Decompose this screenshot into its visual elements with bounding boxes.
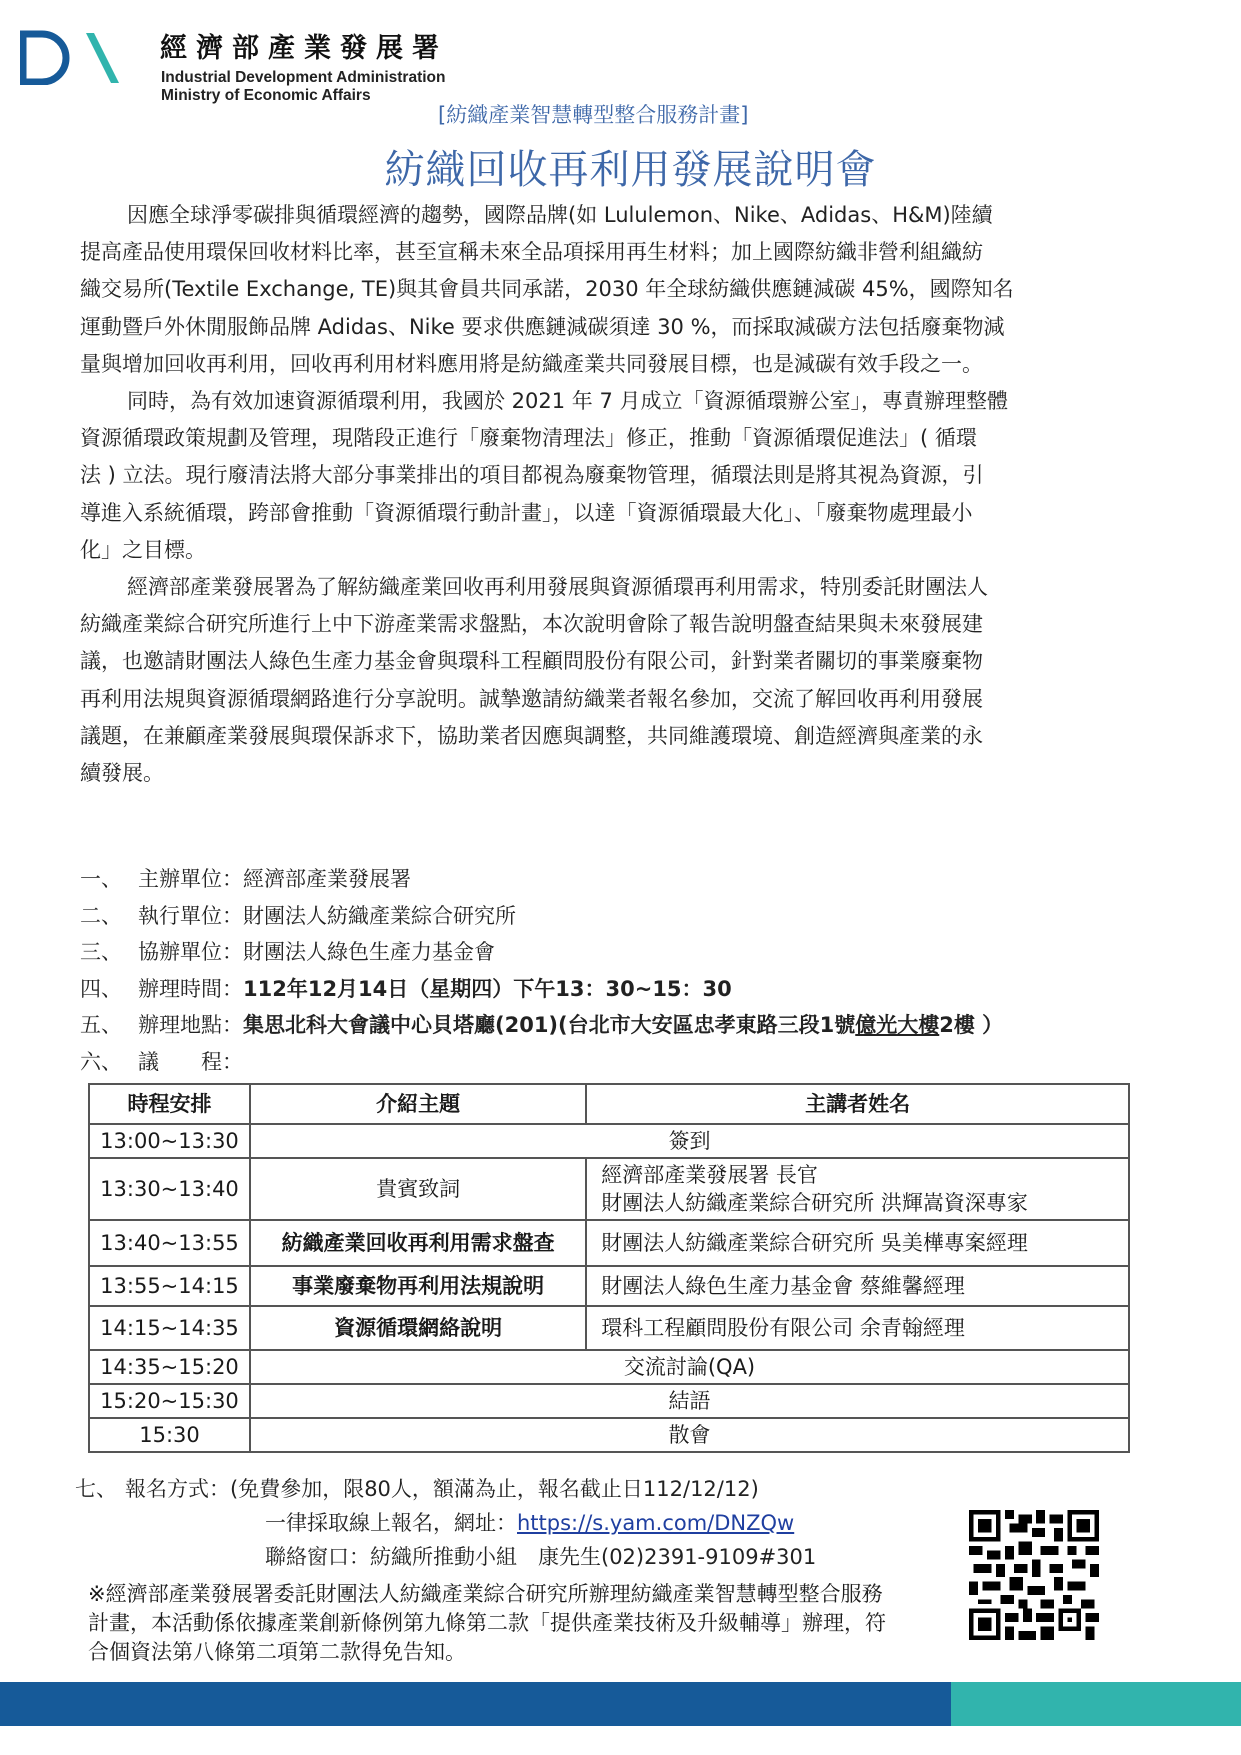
registration-heading: 七、報名方式：(免費參加，限80人，額滿為止，報名截止日112/12/12) [75,1472,816,1506]
paragraph-line: 同時，為有效加速資源循環利用，我國於 2021 年 7 月成立「資源循環辦公室」… [80,383,1150,420]
contact-label: 聯絡窗口： [265,1545,370,1569]
table-row: 13:40~13:55 紡織產業回收再利用需求盤查 財團法人紡織產業綜合研究所 … [89,1220,1129,1266]
header-topic: 介紹主題 [250,1084,586,1124]
org-name-en-line2: Ministry of Economic Affairs [161,87,371,105]
speaker: 財團法人綠色生產力基金會 蔡維馨經理 [601,1272,1124,1300]
item-value: 112年12月14日（星期四）下午13：30~15：30 [243,977,732,1001]
item-number: 一、 [80,861,138,898]
item-venue: 五、辦理地點：集思北科大會議中心貝塔廳(201)(台北市大安區忠孝東路三段1號億… [80,1007,1003,1044]
row-time: 13:40~13:55 [89,1220,250,1266]
item-organizer: 一、主辦單位：經濟部產業發展署 [80,861,1003,898]
item-agenda: 六、議 程： [80,1044,1003,1081]
row-topic: 資源循環網絡說明 [250,1306,586,1350]
row-topic: 事業廢棄物再利用法規說明 [250,1266,586,1306]
registration-link[interactable]: https://s.yam.com/DNZQw [517,1511,794,1535]
row-time: 15:20~15:30 [89,1384,250,1418]
registration-contact: 聯絡窗口：紡織所推動小組 康先生(02)2391-9109#301 [75,1540,816,1574]
table-row: 15:30 散會 [89,1418,1129,1452]
item-executor: 二、執行單位：財團法人紡織產業綜合研究所 [80,898,1003,935]
row-speakers: 財團法人紡織產業綜合研究所 吳美樺專案經理 [586,1220,1129,1266]
speaker: 財團法人紡織產業綜合研究所 洪輝嵩資深專家 [601,1189,1124,1217]
item-label: 主辦單位： [138,867,243,891]
contact-value: 紡織所推動小組 康先生(02)2391-9109#301 [370,1545,816,1569]
paragraph-line: 因應全球淨零碳排與循環經濟的趨勢，國際品牌(如 Lululemon、Nike、A… [80,197,1150,234]
org-name-zh: 經濟部產業發展署 [160,26,448,65]
item-value: 2樓 ） [939,1013,1003,1037]
table-row: 13:55~14:15 事業廢棄物再利用法規說明 財團法人綠色生產力基金會 蔡維… [89,1266,1129,1306]
item-time: 四、辦理時間：112年12月14日（星期四）下午13：30~15：30 [80,971,1003,1008]
paragraph-line: 提高產品使用環保回收材料比率，甚至宣稱未來全品項採用再生材料；加上國際紡織非營利… [80,234,1150,271]
speaker: 經濟部產業發展署 長官 [601,1161,1124,1189]
item-value: 財團法人綠色生產力基金會 [243,940,495,964]
paragraph-line: 續發展。 [80,755,1150,792]
program-subtitle: [紡織產業智慧轉型整合服務計畫] [438,99,748,129]
item-label: 議 程： [138,1050,243,1074]
item-label: 協辦單位： [138,940,243,964]
item-co-organizer: 三、協辦單位：財團法人綠色生產力基金會 [80,934,1003,971]
item-value-building: 億光大樓 [855,1013,939,1037]
registration-section: 七、報名方式：(免費參加，限80人，額滿為止，報名截止日112/12/12) 一… [75,1472,816,1574]
item-number: 二、 [80,898,138,935]
row-time: 14:15~14:35 [89,1306,250,1350]
table-header-row: 時程安排 介紹主題 主講者姓名 [89,1084,1129,1124]
row-time: 13:30~13:40 [89,1158,250,1220]
row-topic: 貴賓致詞 [250,1158,586,1220]
paragraph-line: 資源循環政策規劃及管理，現階段正進行「廢棄物清理法」修正，推動「資源循環促進法」… [80,420,1150,457]
registration-label: 報名方式： [125,1477,230,1501]
table-row: 14:15~14:35 資源循環網絡說明 環科工程顧問股份有限公司 余青翰經理 [89,1306,1129,1350]
row-time: 13:55~14:15 [89,1266,250,1306]
table-row: 14:35~15:20 交流討論(QA) [89,1350,1129,1384]
row-merged: 簽到 [250,1124,1129,1158]
paragraph-3: 經濟部產業發展署為了解紡織產業回收再利用發展與資源循環再利用需求，特別委託財團法… [80,569,1150,792]
item-value: 財團法人紡織產業綜合研究所 [243,904,516,928]
item-number: 六、 [80,1044,138,1081]
event-details: 一、主辦單位：經濟部產業發展署 二、執行單位：財團法人紡織產業綜合研究所 三、協… [80,861,1003,1080]
paragraph-line: 化」之目標。 [80,532,1150,569]
row-speakers: 財團法人綠色生產力基金會 蔡維馨經理 [586,1266,1129,1306]
org-name-en-line1: Industrial Development Administration [161,69,446,87]
row-merged: 結語 [250,1384,1129,1418]
row-topic: 紡織產業回收再利用需求盤查 [250,1220,586,1266]
paragraph-line: 議，也邀請財團法人綠色生產力基金會與環科工程顧問股份有限公司，針對業者關切的事業… [80,643,1150,680]
row-speakers: 經濟部產業發展署 長官 財團法人紡織產業綜合研究所 洪輝嵩資深專家 [586,1158,1129,1220]
row-merged: 交流討論(QA) [250,1350,1129,1384]
paragraph-line: 紡織產業綜合研究所進行上中下游產業需求盤點，本次說明會除了報告說明盤查結果與未來… [80,606,1150,643]
header-time: 時程安排 [89,1084,250,1124]
page-title: 紡織回收再利用發展說明會 [0,138,1241,195]
paragraph-2: 同時，為有效加速資源循環利用，我國於 2021 年 7 月成立「資源循環辦公室」… [80,383,1150,569]
agenda-table: 時程安排 介紹主題 主講者姓名 13:00~13:30 簽到 13:30~13:… [88,1083,1130,1453]
footer-bar-blue [0,1682,951,1726]
item-number: 五、 [80,1007,138,1044]
paragraph-line: 再利用法規與資源循環網路進行分享說明。誠摯邀請紡織業者報名參加，交流了解回收再利… [80,681,1150,718]
paragraph-line: 量與增加回收再利用，回收再利用材料應用將是紡織產業共同發展目標，也是減碳有效手段… [80,346,1150,383]
ida-logo-icon [20,30,120,85]
registration-note: (免費參加，限80人，額滿為止，報名截止日112/12/12) [230,1477,759,1501]
table-row: 15:20~15:30 結語 [89,1384,1129,1418]
row-merged: 散會 [250,1418,1129,1452]
paragraph-line: 經濟部產業發展署為了解紡織產業回收再利用發展與資源循環再利用需求，特別委託財團法… [80,569,1150,606]
header-speaker: 主講者姓名 [586,1084,1129,1124]
paragraph-line: 法 ) 立法。現行廢清法將大部分事業排出的項目都視為廢棄物管理，循環法則是將其視… [80,457,1150,494]
paragraph-1: 因應全球淨零碳排與循環經濟的趨勢，國際品牌(如 Lululemon、Nike、A… [80,197,1150,383]
paragraph-line: 運動暨戶外休閒服飾品牌 Adidas、Nike 要求供應鏈減碳須達 30 %，而… [80,309,1150,346]
speaker: 財團法人紡織產業綜合研究所 吳美樺專案經理 [601,1229,1124,1257]
legal-notice: ※經濟部產業發展署委託財團法人紡織產業綜合研究所辦理紡織產業智慧轉型整合服務計畫… [88,1580,898,1667]
item-number: 七、 [75,1472,125,1506]
item-label: 執行單位： [138,904,243,928]
paragraph-line: 議題，在兼顧產業發展與環保訴求下，協助業者因應與調整，共同維護環境、創造經濟與產… [80,718,1150,755]
paragraph-line: 織交易所(Textile Exchange, TE)與其會員共同承諾，2030 … [80,271,1150,308]
row-time: 13:00~13:30 [89,1124,250,1158]
item-value: 經濟部產業發展署 [243,867,411,891]
qr-code-icon[interactable] [966,1510,1102,1640]
item-value: 集思北科大會議中心貝塔廳(201)(台北市大安區忠孝東路三段1號 [243,1013,855,1037]
row-time: 14:35~15:20 [89,1350,250,1384]
table-row: 13:00~13:30 簽到 [89,1124,1129,1158]
row-speakers: 環科工程顧問股份有限公司 余青翰經理 [586,1306,1129,1350]
speaker: 環科工程顧問股份有限公司 余青翰經理 [601,1314,1124,1342]
registration-online: 一律採取線上報名，網址：https://s.yam.com/DNZQw [75,1506,816,1540]
paragraph-line: 導進入系統循環，跨部會推動「資源循環行動計畫」，以達「資源循環最大化」、「廢棄物… [80,495,1150,532]
online-label: 一律採取線上報名，網址： [265,1511,517,1535]
footer-bar-teal [951,1682,1241,1726]
intro-body: 因應全球淨零碳排與循環經濟的趨勢，國際品牌(如 Lululemon、Nike、A… [80,197,1150,792]
table-row: 13:30~13:40 貴賓致詞 經濟部產業發展署 長官 財團法人紡織產業綜合研… [89,1158,1129,1220]
item-number: 三、 [80,934,138,971]
row-time: 15:30 [89,1418,250,1452]
item-label: 辦理時間： [138,977,243,1001]
item-label: 辦理地點： [138,1013,243,1037]
item-number: 四、 [80,971,138,1008]
